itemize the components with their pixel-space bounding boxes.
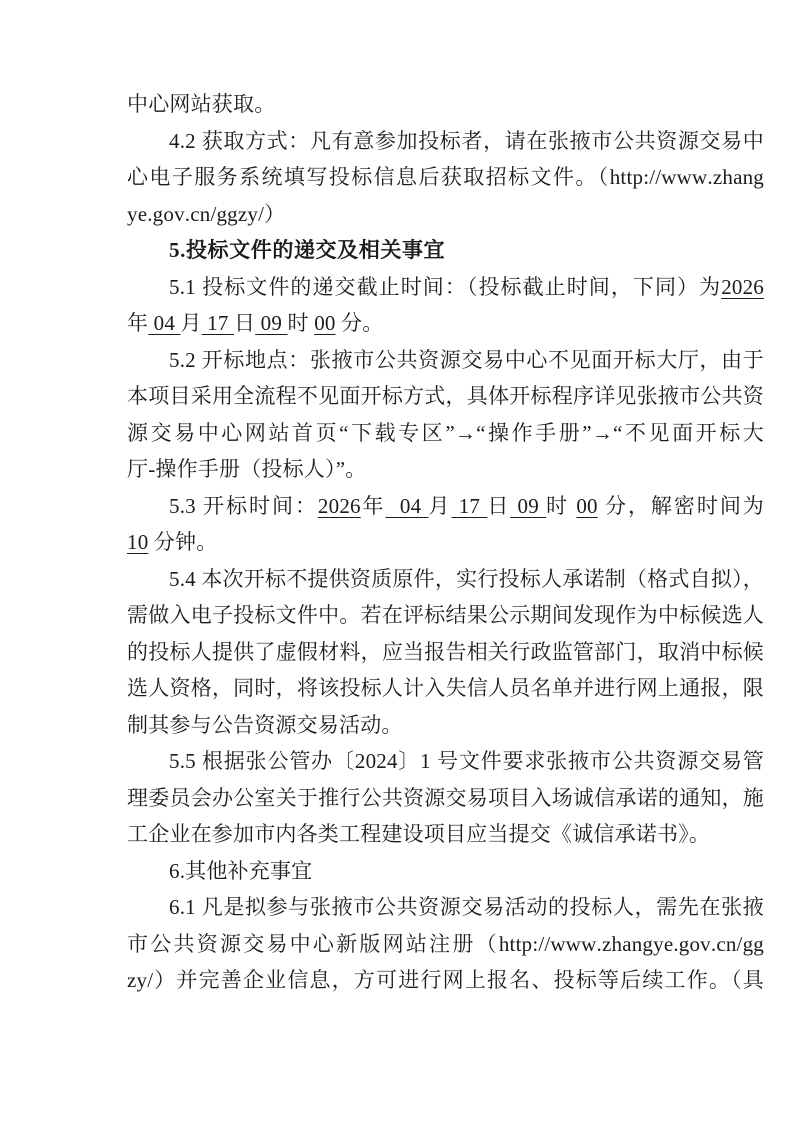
para-6-1-line-2: 市公共资源交易中心新版网站注册（http://www.zhangye.gov.c… [127, 926, 764, 963]
text-segment: 分。 [336, 311, 384, 335]
text-segment: 4.2 获取方式：凡有意参加投标者，请在张掖市公共资源交易中 [169, 129, 764, 153]
underlined-field: 17 [202, 311, 234, 335]
text-segment: 时 [546, 494, 576, 518]
text-segment: 日 [234, 311, 255, 335]
text-segment: ye.gov.cn/ggzy/） [127, 202, 285, 226]
text-segment: 中心网站获取。 [127, 92, 275, 116]
para-6-1-line-3: zy/）并完善企业信息，方可进行网上报名、投标等后续工作。（具 [127, 962, 764, 999]
heading-5: 5.投标文件的递交及相关事宜 [127, 232, 764, 269]
text-segment: 5.3 开标时间： [169, 494, 318, 518]
para-5-2-line-1: 5.2 开标地点：张掖市公共资源交易中心不见面开标大厅，由于 [127, 342, 764, 379]
para-5-1-line-2: 年 04 月 17 日 09 时 00 分。 [127, 305, 764, 342]
para-5-1-line-1: 5.1 投标文件的递交截止时间：（投标截止时间，下同）为2026 [127, 269, 764, 306]
underlined-field: 04 [148, 311, 180, 335]
para-5-4-line-4: 选人资格，同时，将该投标人计入失信人员名单并进行网上通报，限 [127, 670, 764, 707]
underlined-field: 17 [452, 494, 488, 518]
text-segment: 理委员会办公室关于推行公共资源交易项目入场诚信承诺的通知，施 [127, 786, 764, 810]
text-segment: 心电子服务系统填写投标信息后获取招标文件。（http://www.zhang [127, 165, 764, 189]
text-segment: 源交易中心网站首页“下载专区”→“操作手册”→“不见面开标大 [127, 421, 764, 445]
underlined-field: 09 [510, 494, 546, 518]
para-5-5-line-1: 5.5 根据张公管办〔2024〕1 号文件要求张掖市公共资源交易管 [127, 743, 764, 780]
underlined-field: 00 [314, 311, 335, 335]
para-5-4-line-1: 5.4 本次开标不提供资质原件，实行投标人承诺制（格式自拟）， [127, 561, 764, 598]
para-5-2-line-3: 源交易中心网站首页“下载专区”→“操作手册”→“不见面开标大 [127, 415, 764, 452]
para-5-5-line-2: 理委员会办公室关于推行公共资源交易项目入场诚信承诺的通知，施 [127, 780, 764, 817]
text-segment: 5.投标文件的递交及相关事宜 [169, 238, 445, 262]
underlined-field: 2026 [318, 494, 361, 518]
heading-6: 6.其他补充事宜 [127, 853, 764, 890]
text-segment: 分钟。 [148, 530, 217, 554]
para-5-3-line-1: 5.3 开标时间：2026年 04 月 17 日 09 时 00 分，解密时间为 [127, 488, 764, 525]
text-segment: 5.1 投标文件的递交截止时间：（投标截止时间，下同）为 [169, 275, 721, 299]
para-6-1-line-1: 6.1 凡是拟参与张掖市公共资源交易活动的投标人，需先在张掖 [127, 889, 764, 926]
text-segment: 需做入电子投标文件中。若在评标结果公示期间发现作为中标候选人 [127, 603, 764, 627]
text-segment: 的投标人提供了虚假材料，应当报告相关行政监管部门，取消中标候 [127, 640, 764, 664]
underlined-field: 04 [385, 494, 428, 518]
text-segment: 月 [181, 311, 202, 335]
text-segment: 分，解密时间为 [598, 494, 764, 518]
document-page: 中心网站获取。4.2 获取方式：凡有意参加投标者，请在张掖市公共资源交易中心电子… [0, 0, 793, 1122]
para-5-2-line-4: 厅-操作手册（投标人）”。 [127, 451, 764, 488]
underlined-field: 00 [576, 494, 597, 518]
text-segment: 日 [487, 494, 510, 518]
text-segment: 5.5 根据张公管办〔2024〕1 号文件要求张掖市公共资源交易管 [169, 749, 764, 773]
text-segment: 工企业在参加市内各类工程建设项目应当提交《诚信承诺书》。 [127, 822, 710, 846]
para-5-2-line-2: 本项目采用全流程不见面开标方式，具体开标程序详见张掖市公共资 [127, 378, 764, 415]
text-segment: 5.4 本次开标不提供资质原件，实行投标人承诺制（格式自拟）， [169, 567, 764, 591]
text-segment: 年 [127, 311, 148, 335]
text-segment: 月 [429, 494, 452, 518]
text-segment: 时 [288, 311, 315, 335]
document-body: 中心网站获取。4.2 获取方式：凡有意参加投标者，请在张掖市公共资源交易中心电子… [127, 86, 764, 999]
para-4-2-line-1: 4.2 获取方式：凡有意参加投标者，请在张掖市公共资源交易中 [127, 123, 764, 160]
para-5-5-line-3: 工企业在参加市内各类工程建设项目应当提交《诚信承诺书》。 [127, 816, 764, 853]
para-4-2-line-2: 心电子服务系统填写投标信息后获取招标文件。（http://www.zhang [127, 159, 764, 196]
text-segment: 厅-操作手册（投标人）”。 [127, 457, 366, 481]
text-segment: 6.其他补充事宜 [169, 859, 312, 883]
underlined-field: 2026 [721, 275, 764, 299]
text-segment: 本项目采用全流程不见面开标方式，具体开标程序详见张掖市公共资 [127, 384, 764, 408]
para-5-4-line-2: 需做入电子投标文件中。若在评标结果公示期间发现作为中标候选人 [127, 597, 764, 634]
text-segment: 制其参与公告资源交易活动。 [127, 713, 403, 737]
text-segment: 6.1 凡是拟参与张掖市公共资源交易活动的投标人，需先在张掖 [169, 895, 764, 919]
text-segment: 年 [361, 494, 386, 518]
underlined-field: 09 [255, 311, 287, 335]
para-5-3-line-2: 10 分钟。 [127, 524, 764, 561]
text-segment: 选人资格，同时，将该投标人计入失信人员名单并进行网上通报，限 [127, 676, 764, 700]
text-segment: 5.2 开标地点：张掖市公共资源交易中心不见面开标大厅，由于 [169, 348, 764, 372]
underlined-field: 10 [127, 530, 148, 554]
text-segment: 市公共资源交易中心新版网站注册（http://www.zhangye.gov.c… [127, 932, 764, 956]
text-segment: zy/）并完善企业信息，方可进行网上报名、投标等后续工作。（具 [127, 968, 764, 992]
para-5-4-line-3: 的投标人提供了虚假材料，应当报告相关行政监管部门，取消中标候 [127, 634, 764, 671]
para-4-1-tail: 中心网站获取。 [127, 86, 764, 123]
para-4-2-line-3: ye.gov.cn/ggzy/） [127, 196, 764, 233]
para-5-4-line-5: 制其参与公告资源交易活动。 [127, 707, 764, 744]
